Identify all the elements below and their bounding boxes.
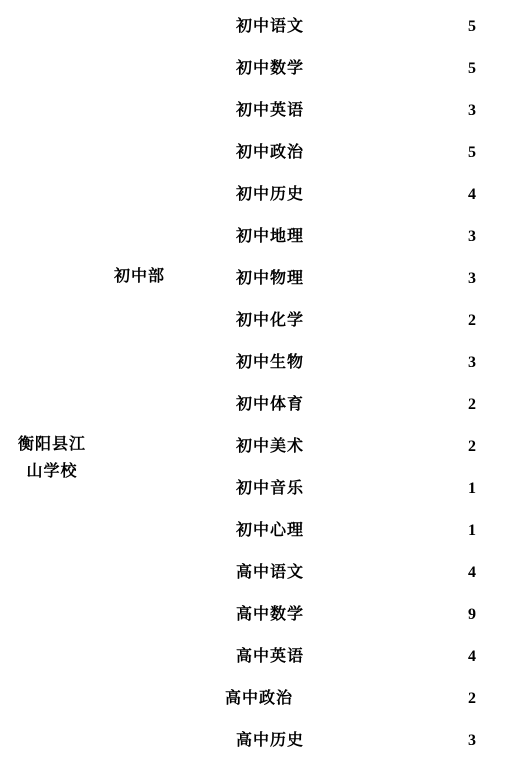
count-cell: 5	[456, 59, 488, 79]
count-cell: 3	[456, 227, 488, 247]
count-cell: 3	[456, 269, 488, 289]
count-cell: 2	[456, 437, 488, 457]
subject-cell: 初中化学	[236, 311, 304, 331]
table-row: 初中历史 4	[0, 185, 521, 205]
table-row: 初中心理 1	[0, 521, 521, 541]
subject-cell: 初中美术	[236, 437, 304, 457]
subject-cell: 高中数学	[236, 605, 304, 625]
count-cell: 3	[456, 353, 488, 373]
table-row: 高中政治 2	[0, 689, 521, 709]
recruitment-table: 衡阳县江 山学校 初中部 初中语文 5 初中数学 5 初中英语 3 初中政治 5…	[0, 0, 521, 766]
subject-cell: 初中政治	[236, 143, 304, 163]
count-cell: 2	[456, 311, 488, 331]
table-row: 高中英语 4	[0, 647, 521, 667]
table-row: 初中物理 3	[0, 269, 521, 289]
table-row: 高中数学 9	[0, 605, 521, 625]
count-cell: 1	[456, 521, 488, 541]
subject-cell: 初中物理	[236, 269, 304, 289]
table-row: 初中音乐 1	[0, 479, 521, 499]
count-cell: 1	[456, 479, 488, 499]
subject-cell: 初中音乐	[236, 479, 304, 499]
count-cell: 5	[456, 143, 488, 163]
count-cell: 9	[456, 605, 488, 625]
subject-cell: 初中数学	[236, 59, 304, 79]
count-cell: 2	[456, 395, 488, 415]
count-cell: 3	[456, 101, 488, 121]
subject-cell: 高中语文	[236, 563, 304, 583]
count-cell: 5	[456, 17, 488, 37]
table-row: 高中历史 3	[0, 731, 521, 751]
table-row: 初中体育 2	[0, 395, 521, 415]
table-row: 初中地理 3	[0, 227, 521, 247]
table-row: 初中英语 3	[0, 101, 521, 121]
subject-cell: 高中政治	[225, 689, 293, 709]
table-row: 高中语文 4	[0, 563, 521, 583]
count-cell: 4	[456, 185, 488, 205]
subject-cell: 初中生物	[236, 353, 304, 373]
count-cell: 4	[456, 563, 488, 583]
subject-cell: 高中历史	[236, 731, 304, 751]
count-cell: 2	[456, 689, 488, 709]
table-row: 初中政治 5	[0, 143, 521, 163]
table-row: 初中语文 5	[0, 17, 521, 37]
count-cell: 4	[456, 647, 488, 667]
table-row: 初中美术 2	[0, 437, 521, 457]
subject-cell: 初中英语	[236, 101, 304, 121]
table-row: 初中生物 3	[0, 353, 521, 373]
subject-cell: 初中体育	[236, 395, 304, 415]
subject-cell: 初中心理	[236, 521, 304, 541]
subject-cell: 高中英语	[236, 647, 304, 667]
count-cell: 3	[456, 731, 488, 751]
subject-cell: 初中地理	[236, 227, 304, 247]
table-row: 初中数学 5	[0, 59, 521, 79]
table-row: 初中化学 2	[0, 311, 521, 331]
subject-cell: 初中语文	[236, 17, 304, 37]
subject-cell: 初中历史	[236, 185, 304, 205]
